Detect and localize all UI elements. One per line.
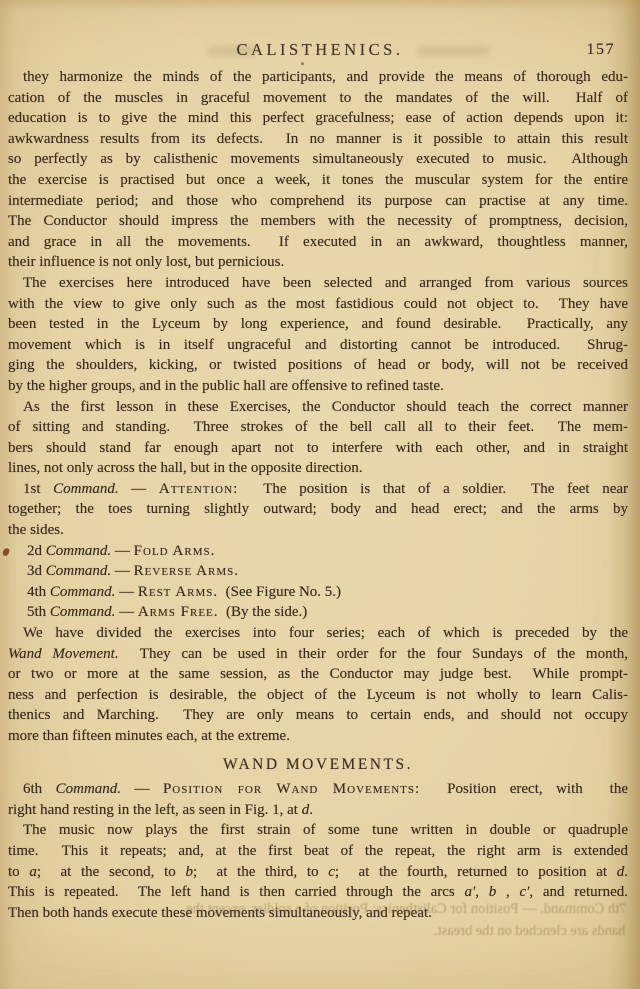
text-line: been tested in the Lyceum by long experi… — [8, 314, 628, 335]
text-line: with the view to give only such as the m… — [8, 294, 628, 315]
text-line: and grace in all the movements. If execu… — [8, 232, 628, 253]
text-line: movement which is in itself ungraceful a… — [8, 335, 628, 356]
paper-speck — [301, 62, 304, 65]
text-line: This is repeated. The left hand is then … — [8, 882, 628, 903]
page-number: 157 — [587, 41, 616, 59]
text-line: more than fifteen minutes each, at the e… — [8, 726, 628, 747]
text-line: their influence is not only lost, but pe… — [8, 252, 628, 273]
text-line: awkwardness results from its defects. In… — [8, 129, 628, 150]
text-line: the exercise is practised but once a wee… — [8, 170, 628, 191]
section-heading: WAND MOVEMENTS. — [8, 755, 628, 776]
text-line: 3d Command. — Reverse Arms. — [8, 561, 628, 582]
show-through-text: hands are clenched on the breast. — [434, 923, 626, 940]
text-line: The Conductor should impress the members… — [8, 211, 628, 232]
text-line: to a; at the second, to b; at the third,… — [8, 862, 628, 883]
text-line: intermediate period; and those who compr… — [8, 191, 628, 212]
text-line: 1st Command. — Attention: The position i… — [8, 479, 628, 500]
body-text: they harmonize the minds of the particip… — [8, 67, 628, 923]
text-line: education is to give the mind this perfe… — [8, 108, 628, 129]
text-line: The exercises here introduced have been … — [8, 273, 628, 294]
text-line: 2d Command. — Fold Arms. — [8, 541, 628, 562]
text-line: right hand resting in the left, as seen … — [8, 800, 628, 821]
text-line: Wand Movement. They can be used in their… — [8, 644, 628, 665]
show-through-text: 7th Command. — Position for Calisthenics… — [186, 901, 626, 918]
page-title: CALISTHENICS. — [0, 40, 640, 60]
text-line: by the higher groups, and in the public … — [8, 376, 628, 397]
text-line: they harmonize the minds of the particip… — [8, 67, 628, 88]
text-line: 6th Command. — Position for Wand Movemen… — [8, 779, 628, 800]
text-line: The music now plays the first strain of … — [8, 820, 628, 841]
text-line: bers should stand far enough apart not t… — [8, 438, 628, 459]
text-line: the sides. — [8, 520, 628, 541]
text-line: 5th Command. — Arms Free. (By the side.) — [8, 602, 628, 623]
paper-speck — [612, 178, 614, 180]
text-line: ging the shoulders, kicking, or twisted … — [8, 355, 628, 376]
running-header: CALISTHENICS. 157 — [0, 40, 640, 62]
text-line: We have divided the exercises into four … — [8, 623, 628, 644]
paper-speck — [536, 120, 538, 122]
text-line: lines, not only across the hall, but in … — [8, 458, 628, 479]
text-line: together; the toes turning slightly outw… — [8, 499, 628, 520]
text-line: 4th Command. — Rest Arms. (See Figure No… — [8, 582, 628, 603]
book-page: CALISTHENICS. 157 they harmonize the min… — [0, 0, 640, 989]
text-line: of sitting and standing. Three strokes o… — [8, 417, 628, 438]
text-line: As the first lesson in these Exercises, … — [8, 397, 628, 418]
text-line: thenics and Marching. They are only mean… — [8, 705, 628, 726]
text-line: or two or more at the same session, as t… — [8, 664, 628, 685]
text-line: so perfectly as by calisthenic movements… — [8, 149, 628, 170]
text-line: time. This it repeats; and, at the first… — [8, 841, 628, 862]
text-line: ness and perfection is desirable, the ob… — [8, 685, 628, 706]
text-line: cation of the muscles in graceful moveme… — [8, 88, 628, 109]
